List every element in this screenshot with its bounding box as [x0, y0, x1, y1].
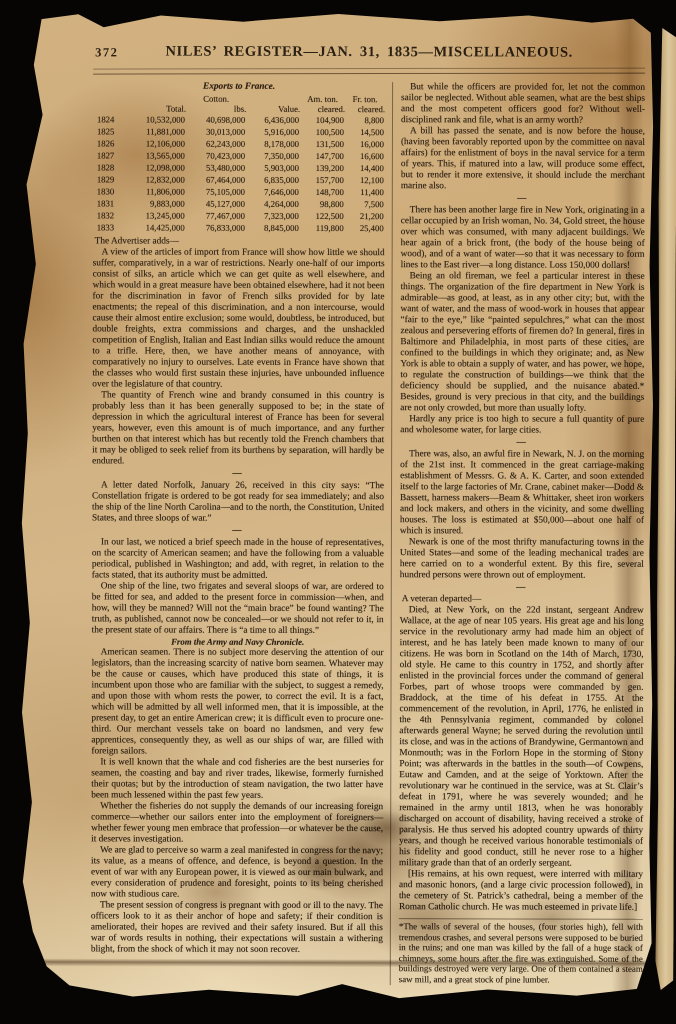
- section-separator: —: [400, 581, 644, 595]
- article-paragraph: Died, at New York, on the 22d instant, s…: [399, 605, 644, 870]
- article-paragraph: In our last, we noticed a brief speech m…: [92, 537, 384, 582]
- table-cell: 8,800: [345, 114, 385, 126]
- table-cell: 122,500: [300, 210, 345, 222]
- table-cell: 7,323,000: [246, 210, 300, 222]
- table-cell: lbs.: [186, 104, 246, 114]
- table-cell: 6,436,000: [246, 114, 300, 126]
- article-paragraph: Whether the fisheries do not supply the …: [91, 801, 383, 846]
- table-cell: 30,013,000: [186, 126, 246, 138]
- article-byline: From the Army and Navy Chronicle.: [92, 636, 384, 648]
- table-cell: 12,100: [345, 174, 385, 186]
- table-cell: 6,835,000: [246, 174, 300, 186]
- table-cell: 25,400: [345, 222, 385, 234]
- table-cell: [93, 93, 126, 103]
- article-paragraph: The quantity of French wine and brandy c…: [92, 390, 384, 468]
- table-row: 183213,245,00077,467,0007,323,000122,500…: [93, 209, 385, 222]
- article-heading: A veteran departed—: [400, 594, 644, 606]
- table-cell: 1830: [93, 185, 126, 197]
- table-cell: 45,127,000: [186, 198, 246, 210]
- article-paragraph: Newark is one of the most thrifty manufa…: [400, 537, 644, 582]
- table-cell: 104,900: [300, 114, 345, 126]
- table-cell: 1829: [93, 173, 126, 185]
- newspaper-page: 372 NILES’ REGISTER—JAN. 31, 1835—MISCEL…: [19, 5, 656, 1003]
- table-cell: 62,243,000: [186, 138, 246, 150]
- table-cell: 70,423,000: [186, 150, 246, 162]
- footnote-text: *The walls of several of the houses, (fo…: [399, 918, 643, 985]
- table-cell: 11,881,000: [126, 125, 186, 137]
- table-cell: 53,480,000: [186, 162, 246, 174]
- table-title: Exports to France.: [93, 81, 385, 93]
- section-separator: —: [401, 192, 645, 206]
- exports-table: Cotton.Am. ton.Fr. ton.Total.lbs.Value.c…: [93, 93, 385, 234]
- table-cell: 7,350,000: [246, 150, 300, 162]
- article-paragraph: The present session of congress is pregn…: [91, 900, 383, 956]
- article-paragraph: One ship of the line, two frigates and s…: [92, 581, 384, 637]
- table-cell: 8,845,000: [246, 222, 300, 234]
- article-paragraph: [His remains, at his own request, were i…: [399, 869, 643, 914]
- table-cell: 16,600: [345, 150, 385, 162]
- article-paragraph: We are glad to perceive so warm a zeal m…: [91, 845, 383, 901]
- left-column: Exports to France. Cotton.Am. ton.Fr. to…: [91, 81, 393, 984]
- table-cell: 139,200: [300, 162, 345, 174]
- table-cell: 100,500: [300, 126, 345, 138]
- table-cell: 14,425,000: [125, 221, 185, 233]
- table-cell: 11,806,000: [126, 185, 186, 197]
- table-row: 182612,106,00062,243,0008,178,000131,500…: [93, 137, 385, 150]
- article-heading: The Advertiser adds—: [93, 236, 385, 248]
- table-cell: Am. ton.: [300, 94, 345, 104]
- photo-background: 372 NILES’ REGISTER—JAN. 31, 1835—MISCEL…: [0, 0, 676, 1024]
- article-paragraph: Being an old fireman, we feel a particul…: [400, 271, 644, 415]
- exports-table-section: Exports to France. Cotton.Am. ton.Fr. to…: [93, 81, 385, 234]
- table-cell: 7,500: [345, 198, 385, 210]
- table-cell: cleared.: [345, 104, 385, 114]
- table-cell: 148,700: [300, 186, 345, 198]
- article-paragraph: There has been another large fire in New…: [401, 205, 645, 272]
- article-columns: Exports to France. Cotton.Am. ton.Fr. to…: [91, 81, 645, 985]
- table-cell: 12,832,000: [126, 173, 186, 185]
- section-separator: —: [92, 524, 384, 538]
- table-cell: 77,467,000: [186, 210, 246, 222]
- table-cell: [93, 103, 126, 113]
- table-cell: Total.: [126, 103, 186, 113]
- table-cell: 13,245,000: [126, 209, 186, 221]
- table-row: 183314,425,00076,833,0008,845,000119,800…: [93, 221, 385, 234]
- table-cell: 131,500: [300, 138, 345, 150]
- table-row: 183011,806,00075,105,0007,646,000148,700…: [93, 185, 385, 198]
- table-cell: 8,178,000: [246, 138, 300, 150]
- table-cell: 9,883,000: [126, 197, 186, 209]
- article-paragraph: A bill has passed the senate, and is now…: [401, 126, 645, 193]
- table-cell: 1824: [93, 113, 126, 125]
- table-cell: 1828: [93, 161, 126, 173]
- table-cell: 1827: [93, 149, 126, 161]
- table-cell: 7,646,000: [246, 186, 300, 198]
- right-column: But while the officers are provided for,…: [391, 82, 645, 985]
- table-cell: 14,400: [345, 162, 385, 174]
- table-cell: 5,916,000: [246, 126, 300, 138]
- table-cell: 1832: [93, 209, 126, 221]
- table-cell: 119,800: [300, 222, 345, 234]
- section-separator: —: [92, 467, 384, 481]
- table-row: 18319,883,00045,127,0004,264,00098,8007,…: [93, 197, 385, 210]
- table-cell: 147,700: [300, 150, 345, 162]
- article-paragraph: A view of the articles of import from Fr…: [92, 247, 384, 391]
- table-cell: 67,464,000: [186, 174, 246, 186]
- table-cell: [246, 94, 300, 104]
- table-cell: 16,000: [345, 138, 385, 150]
- table-cell: Value.: [246, 104, 300, 114]
- article-paragraph: American seamen. There is no subject mor…: [91, 647, 383, 758]
- article-paragraph: Hardly any price is too high to secure a…: [400, 414, 644, 437]
- table-cell: 21,200: [345, 210, 385, 222]
- page-content: 372 NILES’ REGISTER—JAN. 31, 1835—MISCEL…: [91, 43, 645, 985]
- article-paragraph: A letter dated Norfolk, January 26, rece…: [92, 480, 384, 525]
- article-paragraph: But while the officers are provided for,…: [401, 82, 645, 127]
- table-row: 182511,881,00030,013,0005,916,000100,500…: [93, 125, 385, 138]
- header-rule: [93, 68, 645, 75]
- table-cell: Fr. ton.: [345, 94, 385, 104]
- table-row: 182410,532,00040,698,0006,436,000104,900…: [93, 113, 385, 126]
- table-cell: 4,264,000: [246, 198, 300, 210]
- table-cell: 1831: [93, 197, 126, 209]
- table-cell: 13,565,000: [126, 149, 186, 161]
- table-cell: [126, 93, 186, 103]
- table-cell: 1826: [93, 137, 126, 149]
- table-cell: 98,800: [300, 198, 345, 210]
- page-header: 372 NILES’ REGISTER—JAN. 31, 1835—MISCEL…: [93, 43, 645, 64]
- adjacent-page-edge: [655, 28, 676, 990]
- table-cell: 14,500: [345, 126, 385, 138]
- table-row: 182713,565,00070,423,0007,350,000147,700…: [93, 149, 385, 162]
- table-row: 182912,832,00067,464,0006,835,000157,700…: [93, 173, 385, 186]
- table-cell: Cotton.: [186, 94, 246, 104]
- table-cell: 5,903,000: [246, 162, 300, 174]
- article-paragraph: It is well known that the whale and cod …: [91, 757, 383, 802]
- masthead-title: NILES’ REGISTER—JAN. 31, 1835—MISCELLANE…: [93, 43, 645, 61]
- left-column-articles: The Advertiser adds—A view of the articl…: [91, 236, 385, 956]
- section-separator: —: [400, 436, 644, 450]
- page-number: 372: [95, 45, 118, 60]
- table-cell: 1833: [93, 221, 126, 233]
- table-cell: 40,698,000: [186, 114, 246, 126]
- article-paragraph: There was, also, an awful fire in Newark…: [400, 449, 644, 538]
- table-cell: 75,105,000: [186, 186, 246, 198]
- table-cell: 12,106,000: [126, 137, 186, 149]
- table-cell: 157,700: [300, 174, 345, 186]
- table-cell: 76,833,000: [186, 222, 246, 234]
- table-cell: 1825: [93, 125, 126, 137]
- table-cell: 12,098,000: [126, 161, 186, 173]
- table-cell: 10,532,000: [126, 113, 186, 125]
- table-cell: 11,400: [345, 186, 385, 198]
- table-row: 182812,098,00053,480,0005,903,000139,200…: [93, 161, 385, 174]
- table-cell: cleared.: [300, 104, 345, 114]
